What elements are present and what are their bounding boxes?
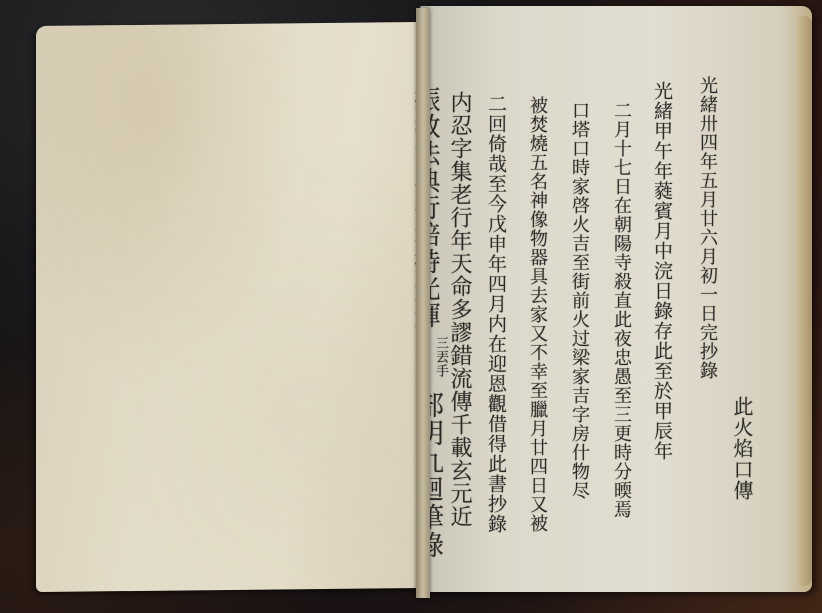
text-column-1: 光緒卅四年五月廿六月初一日完抄錄	[698, 76, 716, 380]
text-column-8-small: 三丟手	[434, 336, 447, 378]
text-column-6: 二回倚哉至今戊申年四月内在迎恩觀借得此書抄錄	[486, 94, 505, 534]
open-manuscript-book: 光緒卅四年五月廿六月初一日完抄錄 此火焰口傳 光緒甲午年蕤賓月中浣日錄存此至於甲…	[18, 4, 808, 604]
right-page-handwritten: 光緒卅四年五月廿六月初一日完抄錄 此火焰口傳 光緒甲午年蕤賓月中浣日錄存此至於甲…	[420, 6, 812, 592]
text-column-2: 光緒甲午年蕤賓月中浣日錄存此至於甲辰年	[652, 81, 671, 461]
text-column-note: 此火焰口傳	[732, 396, 752, 501]
book-spine	[416, 8, 430, 598]
handwritten-text: 光緒卅四年五月廿六月初一日完抄錄 此火焰口傳 光緒甲午年蕤賓月中浣日錄存此至於甲…	[420, 6, 812, 592]
text-column-4: 口塔口時家啓火吉至街前火过梁家吉字房什物尽	[570, 101, 588, 500]
text-column-3: 二月十七日在朝陽寺殺直此夜忠愚至三更時分㬉焉	[612, 101, 630, 519]
text-column-5: 被焚燒五名神像物器具去家又不幸至臘月廿四日又被	[528, 96, 546, 533]
left-page-blank	[36, 22, 422, 592]
text-column-7: 内忍字集老行年天命多謬錯流傳千載玄元近	[448, 91, 470, 528]
